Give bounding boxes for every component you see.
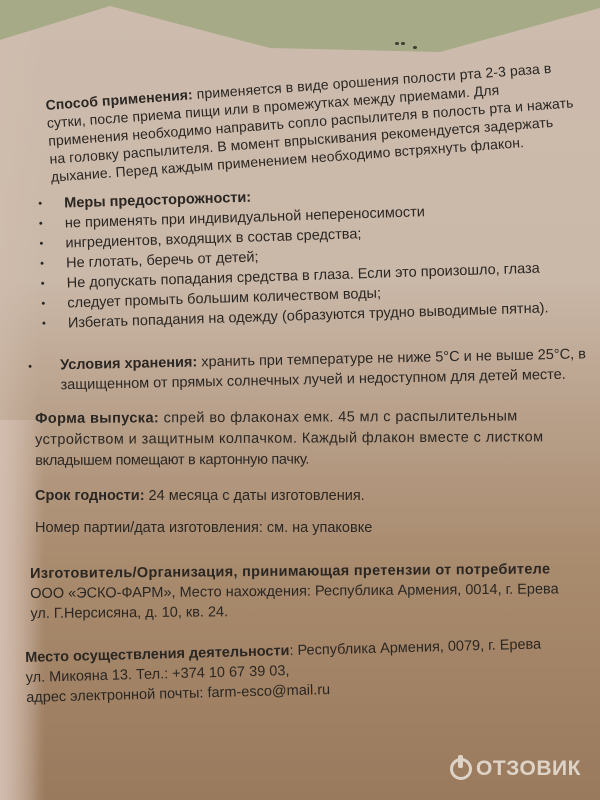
otzovik-logo-icon xyxy=(450,758,472,780)
watermark-text: ОТЗОВИК xyxy=(476,757,581,781)
bullet-icon: • xyxy=(40,255,67,273)
bullet-icon: • xyxy=(39,235,66,253)
shelf-life-value: 24 месяца с даты изготовления. xyxy=(145,488,365,504)
release-form-line-2: устройством и защитным колпачком. Каждый… xyxy=(35,429,543,453)
bullet-icon: • xyxy=(38,195,65,213)
bullet-icon: • xyxy=(41,295,68,313)
speck xyxy=(395,42,399,45)
batch-value: см. на упаковке xyxy=(263,520,372,536)
batch-section: Номер партии/дата изготовления: см. на у… xyxy=(35,520,372,537)
release-form-line-3: вкладышем помещают в картонную пачку. xyxy=(35,450,543,474)
bullet-icon: • xyxy=(41,275,68,293)
release-form-line-1: Форма выпуска: спрей во флаконах емк. 45… xyxy=(35,408,543,432)
bullet-icon: • xyxy=(42,315,69,333)
batch-label: Номер партии/дата изготовления: xyxy=(35,520,263,536)
manufacturer-section: Изготовитель/Организация, принимающая пр… xyxy=(30,561,559,626)
shelf-life-section: Срок годности: 24 месяца с даты изготовл… xyxy=(35,488,365,505)
paper-specks xyxy=(395,40,425,50)
otzovik-watermark: ОТЗОВИК xyxy=(450,757,581,781)
bullet-icon: • xyxy=(39,215,66,233)
release-form-heading: Форма выпуска: xyxy=(35,410,159,427)
shelf-life-heading: Срок годности: xyxy=(35,488,145,504)
speck xyxy=(413,46,417,49)
bullet-icon: • xyxy=(28,358,60,376)
speck xyxy=(401,42,405,45)
precautions-list: •Меры предосторожности: •не применять пр… xyxy=(38,180,549,336)
storage-heading: Условия хранения: xyxy=(60,354,197,373)
release-form-text: спрей во флаконах емк. 45 мл с распылите… xyxy=(159,408,518,426)
release-form-section: Форма выпуска: спрей во флаконах емк. 45… xyxy=(35,408,544,474)
